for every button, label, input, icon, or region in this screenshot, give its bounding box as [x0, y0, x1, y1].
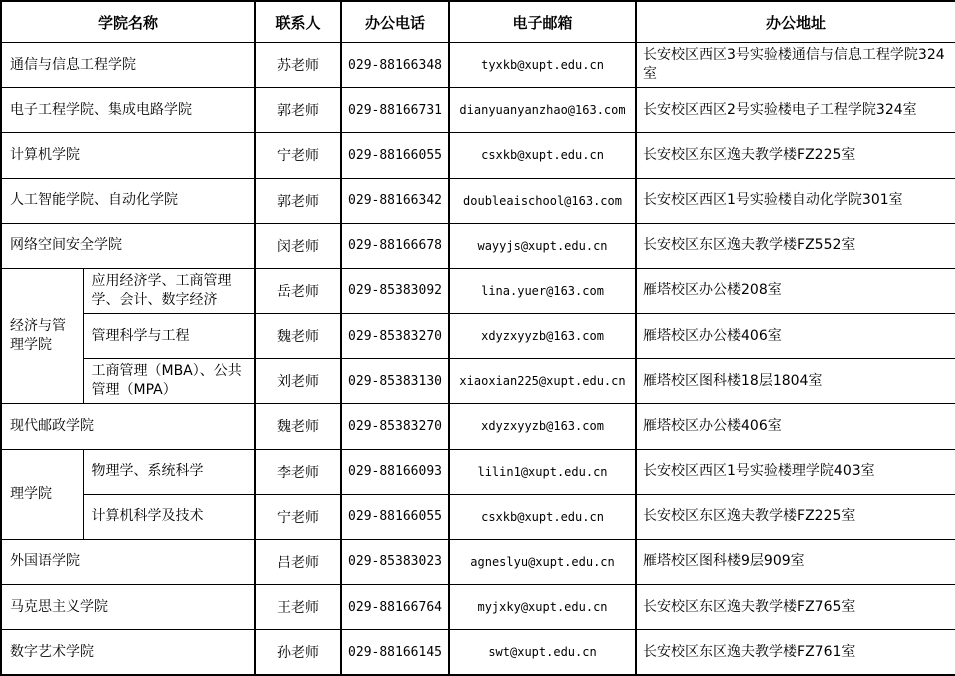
email-cell: xdyzxyyzb@163.com [449, 314, 636, 359]
table-row: 通信与信息工程学院苏老师029-88166348tyxkb@xupt.edu.c… [1, 43, 955, 88]
program-cell: 管理科学与工程 [83, 314, 255, 359]
phone-cell: 029-85383023 [341, 539, 449, 584]
table-row: 工商管理（MBA）、公共管理（MPA）刘老师029-85383130xiaoxi… [1, 359, 955, 404]
college-cell: 通信与信息工程学院 [1, 43, 255, 88]
phone-cell: 029-85383130 [341, 359, 449, 404]
header-contact-person: 联系人 [255, 1, 341, 43]
contact-cell: 郭老师 [255, 178, 341, 223]
email-cell: lilin1@xupt.edu.cn [449, 449, 636, 494]
college-cell: 现代邮政学院 [1, 404, 255, 449]
phone-cell: 029-88166145 [341, 630, 449, 675]
header-office-phone: 办公电话 [341, 1, 449, 43]
address-cell: 长安校区西区3号实验楼通信与信息工程学院324室 [636, 43, 955, 88]
phone-cell: 029-88166055 [341, 494, 449, 539]
college-cell: 电子工程学院、集成电路学院 [1, 88, 255, 133]
college-cell: 马克思主义学院 [1, 585, 255, 630]
contact-cell: 宁老师 [255, 133, 341, 178]
phone-cell: 029-88166342 [341, 178, 449, 223]
email-cell: myjxky@xupt.edu.cn [449, 585, 636, 630]
email-cell: agneslyu@xupt.edu.cn [449, 539, 636, 584]
college-contact-table: 学院名称 联系人 办公电话 电子邮箱 办公地址 通信与信息工程学院苏老师029-… [0, 0, 955, 676]
table-row: 管理科学与工程魏老师029-85383270xdyzxyyzb@163.com雁… [1, 314, 955, 359]
college-cell: 外国语学院 [1, 539, 255, 584]
college-group-cell: 经济与管理学院 [1, 268, 83, 404]
address-cell: 雁塔校区办公楼406室 [636, 314, 955, 359]
email-cell: wayyjs@xupt.edu.cn [449, 223, 636, 268]
address-cell: 雁塔校区图科楼18层1804室 [636, 359, 955, 404]
email-cell: swt@xupt.edu.cn [449, 630, 636, 675]
address-cell: 雁塔校区办公楼406室 [636, 404, 955, 449]
phone-cell: 029-85383270 [341, 314, 449, 359]
college-cell: 数字艺术学院 [1, 630, 255, 675]
contact-cell: 闵老师 [255, 223, 341, 268]
email-cell: xdyzxyyzb@163.com [449, 404, 636, 449]
header-email: 电子邮箱 [449, 1, 636, 43]
program-cell: 工商管理（MBA）、公共管理（MPA） [83, 359, 255, 404]
phone-cell: 029-85383092 [341, 268, 449, 313]
table-row: 外国语学院吕老师029-85383023agneslyu@xupt.edu.cn… [1, 539, 955, 584]
email-cell: lina.yuer@163.com [449, 268, 636, 313]
phone-cell: 029-88166093 [341, 449, 449, 494]
header-office-address: 办公地址 [636, 1, 955, 43]
table-row: 网络空间安全学院闵老师029-88166678wayyjs@xupt.edu.c… [1, 223, 955, 268]
address-cell: 长安校区东区逸夫教学楼FZ225室 [636, 494, 955, 539]
address-cell: 雁塔校区图科楼9层909室 [636, 539, 955, 584]
table-body: 通信与信息工程学院苏老师029-88166348tyxkb@xupt.edu.c… [1, 43, 955, 676]
phone-cell: 029-88166678 [341, 223, 449, 268]
contact-cell: 苏老师 [255, 43, 341, 88]
contact-cell: 孙老师 [255, 630, 341, 675]
email-cell: xiaoxian225@xupt.edu.cn [449, 359, 636, 404]
contact-cell: 宁老师 [255, 494, 341, 539]
email-cell: tyxkb@xupt.edu.cn [449, 43, 636, 88]
table-row: 计算机学院宁老师029-88166055csxkb@xupt.edu.cn长安校… [1, 133, 955, 178]
program-cell: 应用经济学、工商管理学、会计、数字经济 [83, 268, 255, 313]
program-cell: 物理学、系统科学 [83, 449, 255, 494]
college-cell: 网络空间安全学院 [1, 223, 255, 268]
phone-cell: 029-85383270 [341, 404, 449, 449]
contact-cell: 吕老师 [255, 539, 341, 584]
contact-cell: 魏老师 [255, 404, 341, 449]
contact-cell: 李老师 [255, 449, 341, 494]
address-cell: 长安校区西区2号实验楼电子工程学院324室 [636, 88, 955, 133]
college-cell: 计算机学院 [1, 133, 255, 178]
header-row: 学院名称 联系人 办公电话 电子邮箱 办公地址 [1, 1, 955, 43]
address-cell: 长安校区西区1号实验楼理学院403室 [636, 449, 955, 494]
address-cell: 长安校区西区1号实验楼自动化学院301室 [636, 178, 955, 223]
contact-cell: 王老师 [255, 585, 341, 630]
address-cell: 长安校区东区逸夫教学楼FZ552室 [636, 223, 955, 268]
email-cell: csxkb@xupt.edu.cn [449, 133, 636, 178]
program-cell: 计算机科学及技术 [83, 494, 255, 539]
email-cell: csxkb@xupt.edu.cn [449, 494, 636, 539]
contact-cell: 岳老师 [255, 268, 341, 313]
table-row: 电子工程学院、集成电路学院郭老师029-88166731dianyuanyanz… [1, 88, 955, 133]
college-group-cell: 理学院 [1, 449, 83, 539]
contact-cell: 刘老师 [255, 359, 341, 404]
table-row: 马克思主义学院王老师029-88166764myjxky@xupt.edu.cn… [1, 585, 955, 630]
address-cell: 长安校区东区逸夫教学楼FZ225室 [636, 133, 955, 178]
address-cell: 长安校区东区逸夫教学楼FZ765室 [636, 585, 955, 630]
phone-cell: 029-88166348 [341, 43, 449, 88]
table-row: 现代邮政学院魏老师029-85383270xdyzxyyzb@163.com雁塔… [1, 404, 955, 449]
college-cell: 人工智能学院、自动化学院 [1, 178, 255, 223]
header-college-name: 学院名称 [1, 1, 255, 43]
email-cell: dianyuanyanzhao@163.com [449, 88, 636, 133]
table-row: 理学院物理学、系统科学李老师029-88166093lilin1@xupt.ed… [1, 449, 955, 494]
table-row: 计算机科学及技术宁老师029-88166055csxkb@xupt.edu.cn… [1, 494, 955, 539]
email-cell: doubleaischool@163.com [449, 178, 636, 223]
address-cell: 雁塔校区办公楼208室 [636, 268, 955, 313]
table-row: 数字艺术学院孙老师029-88166145swt@xupt.edu.cn长安校区… [1, 630, 955, 675]
phone-cell: 029-88166764 [341, 585, 449, 630]
phone-cell: 029-88166731 [341, 88, 449, 133]
contact-cell: 郭老师 [255, 88, 341, 133]
phone-cell: 029-88166055 [341, 133, 449, 178]
table-row: 经济与管理学院应用经济学、工商管理学、会计、数字经济岳老师029-8538309… [1, 268, 955, 313]
contact-cell: 魏老师 [255, 314, 341, 359]
table-row: 人工智能学院、自动化学院郭老师029-88166342doubleaischoo… [1, 178, 955, 223]
address-cell: 长安校区东区逸夫教学楼FZ761室 [636, 630, 955, 675]
